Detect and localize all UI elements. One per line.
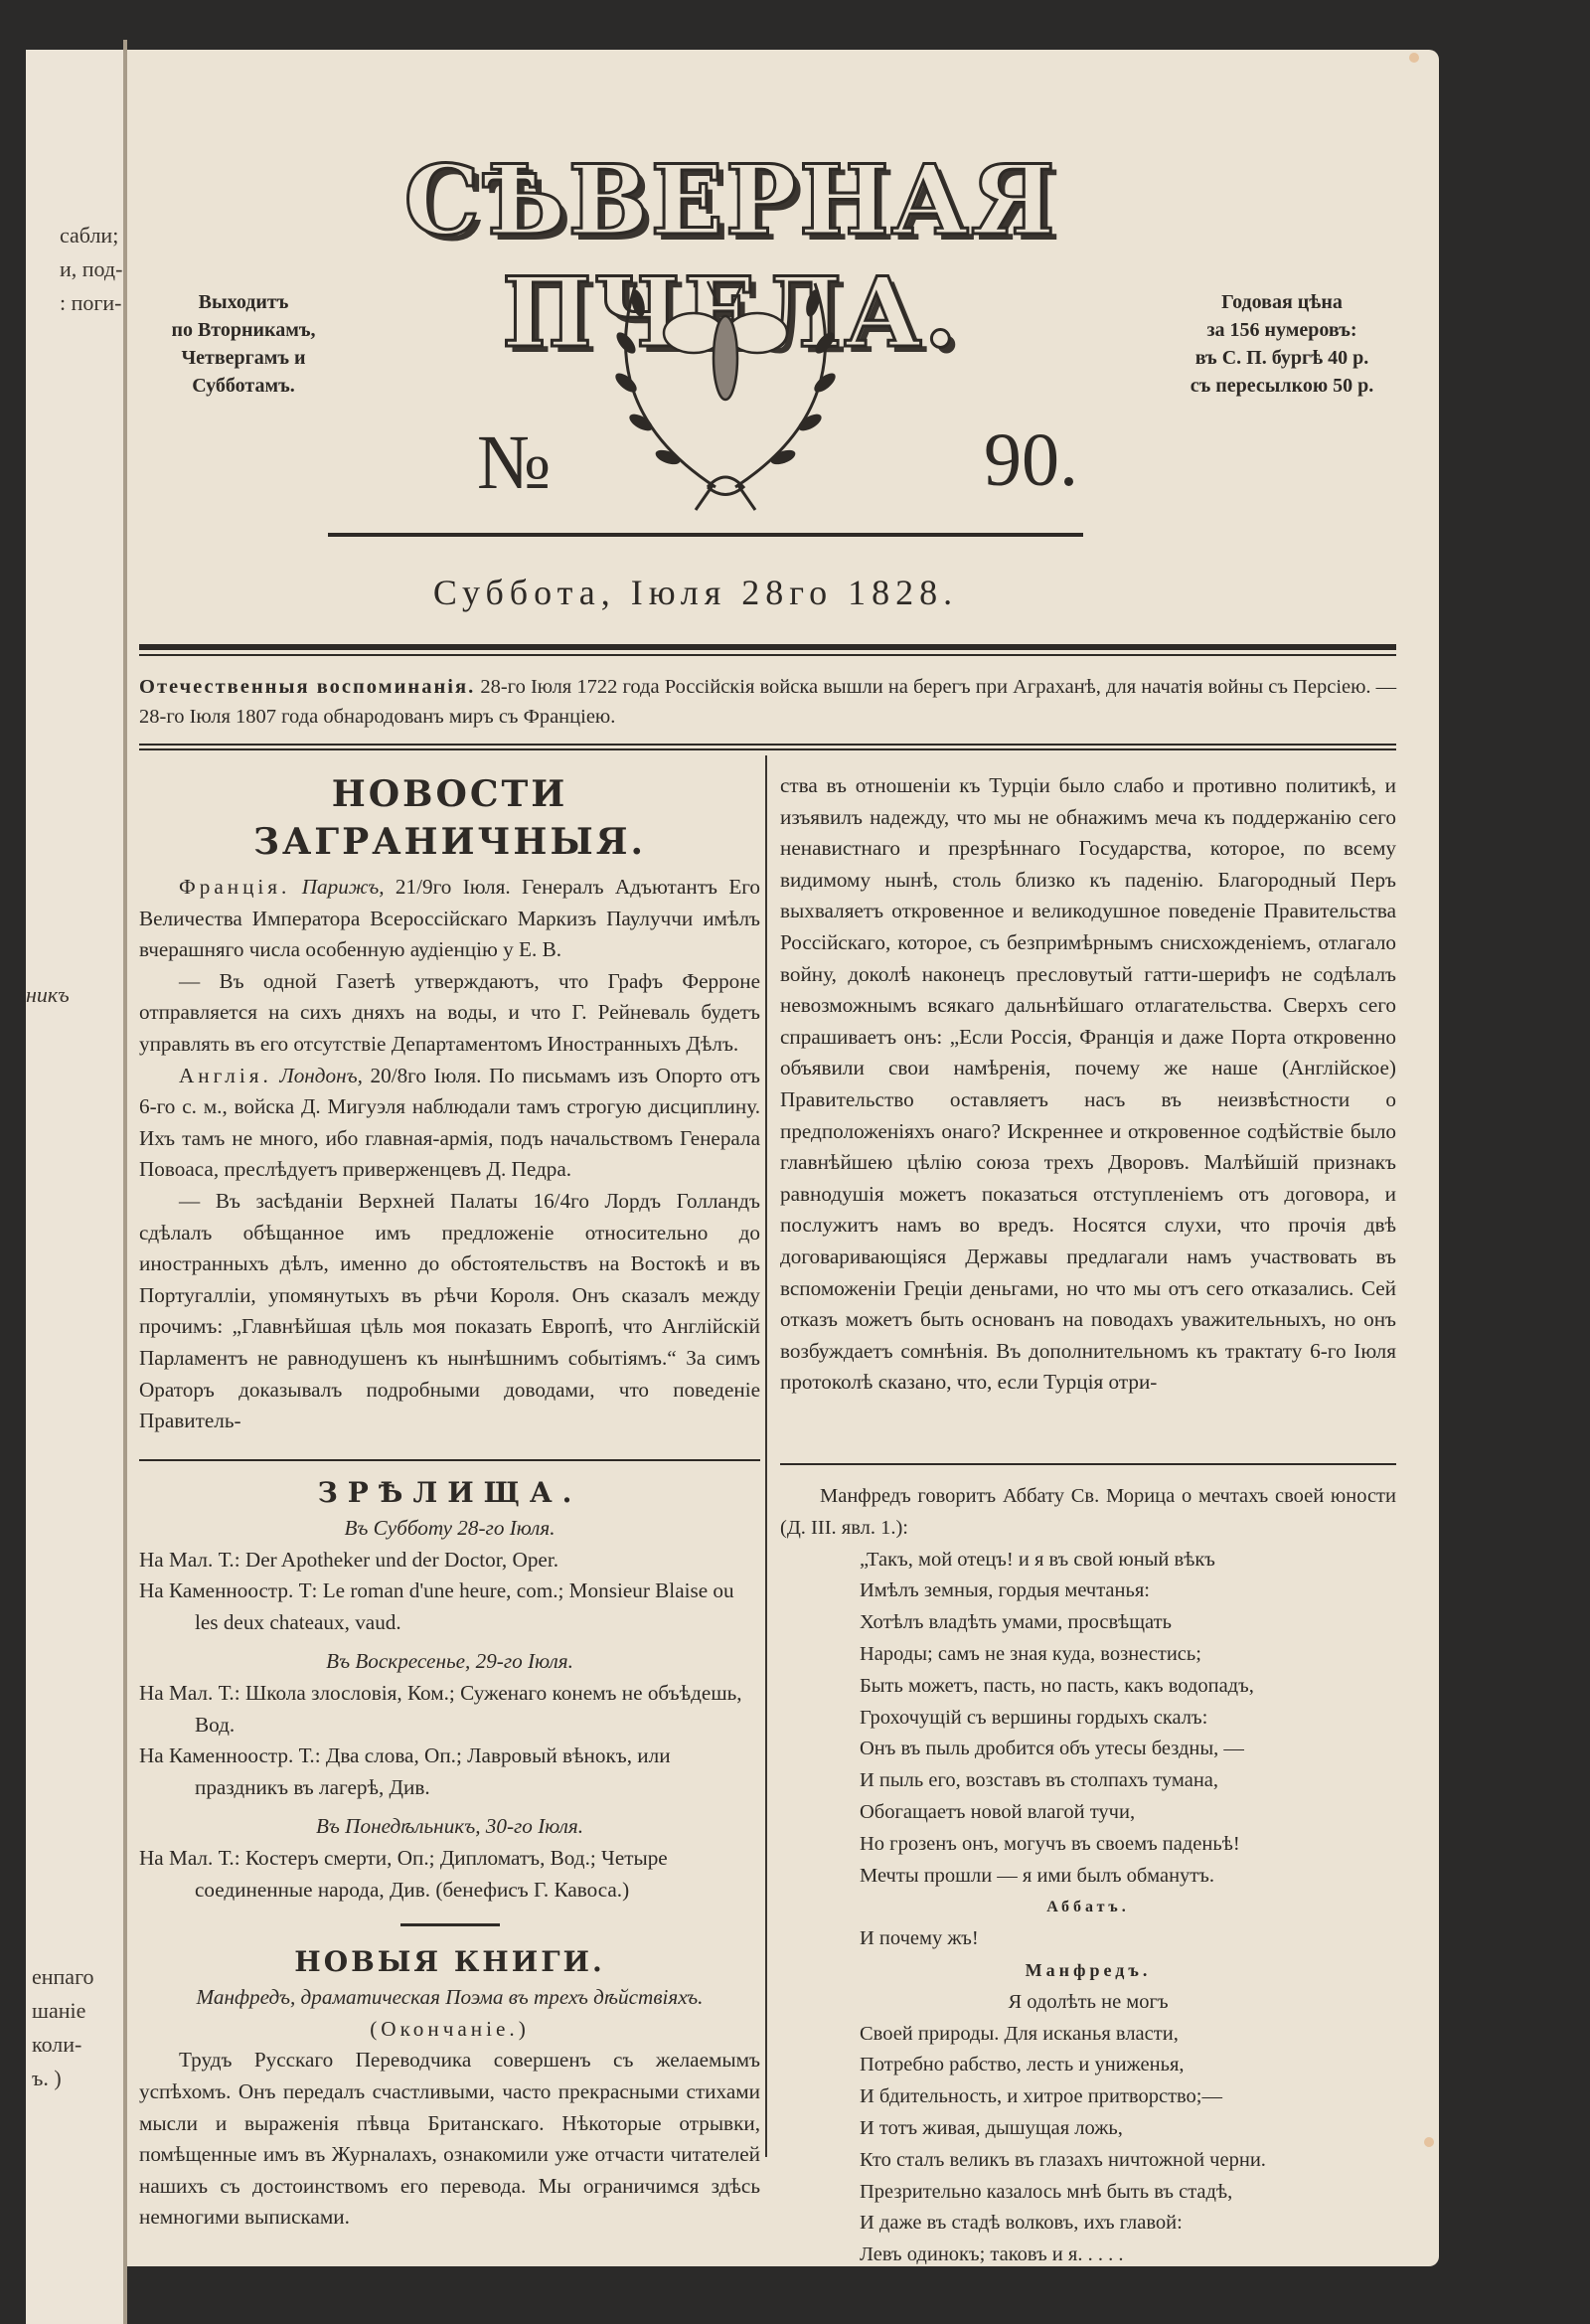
book-review: Трудъ Русскаго Переводчика совершенъ съ … — [139, 2045, 760, 2234]
issue-number-sign: № — [477, 417, 551, 507]
spectacle-entry: На Каменноостр. Т: Le roman d'une heure,… — [139, 1576, 760, 1638]
manfred-excerpt: Манфредъ говоритъ Аббату Св. Морица о ме… — [780, 1481, 1396, 2271]
memorial-notice: Отечественныя воспоминанія. 28-го Іюля 1… — [139, 672, 1411, 732]
issue-number: 90. — [984, 417, 1078, 504]
divider — [400, 1923, 500, 1926]
divider — [139, 744, 1396, 746]
news-paragraph: — Въ засѣданіи Верхней Палаты 16/4го Лор… — [139, 1186, 760, 1437]
spectacles-section: ЗРѢЛИЩА. Въ Субботу 28-го Іюля. На Мал. … — [139, 1473, 760, 2234]
schedule-note: Выходитъ по Вторникамъ, Четвергамъ и Суб… — [169, 288, 318, 400]
foreign-news-continuation: ства въ отношеніи къ Турціи было слабо и… — [780, 770, 1396, 1399]
spectacle-day: Въ Понедѣльникъ, 30-го Іюля. — [139, 1811, 760, 1843]
foreign-news-section: НОВОСТИ ЗАГРАНИЧНЫЯ. Франція. Парижъ, 21… — [139, 770, 760, 1437]
speaker-name: Аббатъ. — [780, 1892, 1396, 1923]
spectacle-entry: На Каменноостр. Т.: Два слова, Оп.; Лавр… — [139, 1741, 760, 1803]
adjacent-fragment: шаніе — [32, 1994, 126, 2028]
spectacle-day: Въ Субботу 28-го Іюля. — [139, 1513, 760, 1545]
section-heading: НОВЫЯ КНИГИ. — [139, 1942, 760, 1982]
adjacent-fragment: енпаго — [32, 1960, 126, 1994]
divider — [139, 748, 1396, 750]
news-paragraph: Англія. Лондонъ, 20/8го Іюля. По письмам… — [139, 1061, 760, 1186]
issue-date: Суббота, Іюля 28го 1828. — [298, 572, 1093, 613]
column-divider — [765, 755, 773, 2157]
spectacle-day: Въ Воскресенье, 29-го Іюля. — [139, 1646, 760, 1678]
book-note: (Окончаніе.) — [139, 2014, 760, 2046]
bee-wreath-emblem-icon — [596, 263, 855, 512]
divider — [139, 1459, 760, 1461]
divider — [139, 654, 1396, 656]
divider — [780, 1463, 1396, 1465]
spectacle-entry: На Мал. Т.: Der Apotheker und der Doctor… — [139, 1545, 760, 1577]
adjacent-fragment: ъ. ) — [32, 2062, 126, 2095]
speaker-name: Манфредъ. — [780, 1955, 1396, 1987]
excerpt-intro: Манфредъ говоритъ Аббату Св. Морица о ме… — [780, 1481, 1396, 1545]
section-heading: НОВОСТИ ЗАГРАНИЧНЫЯ. — [139, 770, 760, 866]
spectacle-entry: На Мал. Т.: Школа злословія, Ком.; Сужен… — [139, 1678, 760, 1741]
news-paragraph: Франція. Парижъ, 21/9го Іюля. Генералъ А… — [139, 872, 760, 966]
divider — [139, 644, 1396, 650]
adjacent-page-strip: сабли; и, под- : поги- никъ енпаго шаніе… — [26, 50, 125, 2324]
divider — [328, 533, 1083, 537]
price-note: Годовая цѣна за 156 нумеровъ: въ С. П. б… — [1163, 288, 1401, 400]
section-heading: ЗРѢЛИЩА. — [139, 1473, 760, 1513]
book-title: Манфредъ, драматическая Поэма въ трехъ д… — [139, 1982, 760, 2014]
adjacent-fragment: коли- — [32, 2028, 126, 2062]
spectacle-entry: На Мал. Т.: Костеръ смерти, Оп.; Диплома… — [139, 1843, 760, 1906]
news-paragraph: — Въ одной Газетѣ утверждаютъ, что Графъ… — [139, 966, 760, 1061]
adjacent-fragment: никъ — [26, 978, 120, 1012]
